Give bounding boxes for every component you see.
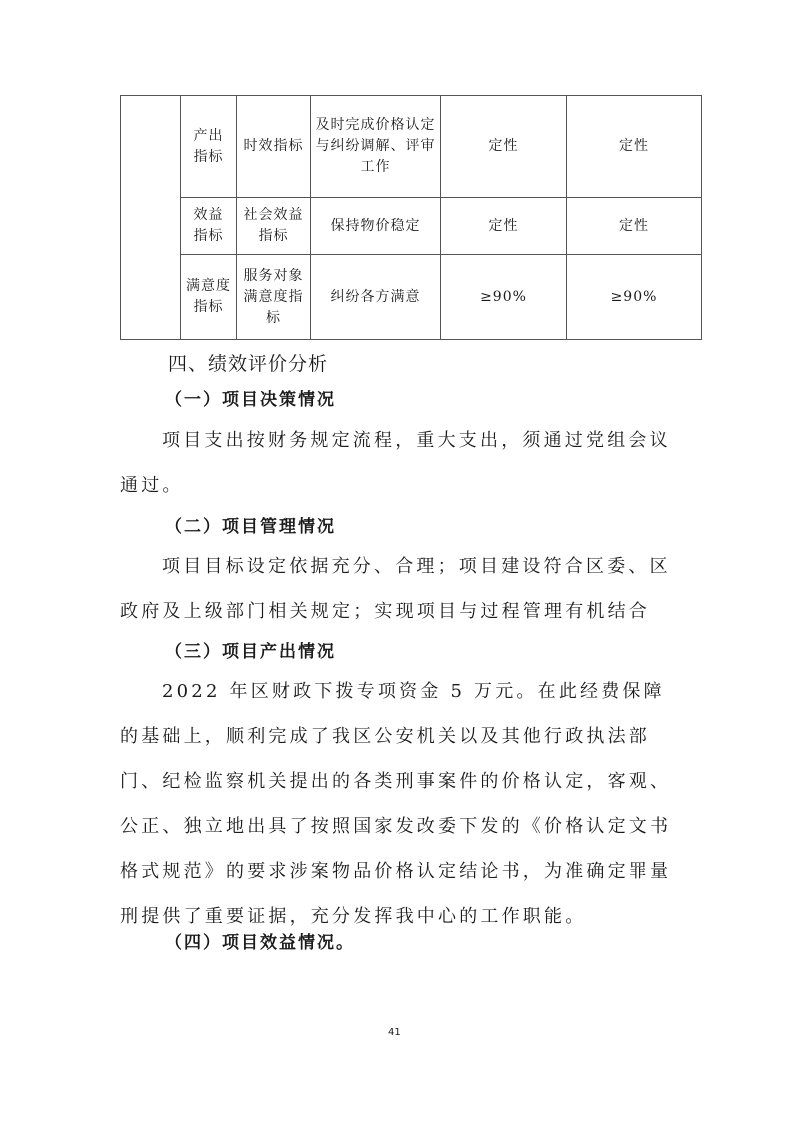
paragraph-text: 项目目标设定依据充分、合理；项目建设符合区委、区政府及上级部门相关规定；实现项目… [120, 544, 680, 634]
paragraph-management: 项目目标设定依据充分、合理；项目建设符合区委、区政府及上级部门相关规定；实现项目… [120, 544, 680, 634]
table-cell-actual: ≥90% [567, 255, 702, 340]
table-cell-blank [121, 96, 181, 340]
table-row: 产出 指标 时效指标 及时完成价格认定与纠纷调解、评审工作 定性 定性 [121, 96, 702, 198]
page-number: 41 [388, 1027, 401, 1038]
table-cell-level2: 时效指标 [237, 96, 311, 198]
table-cell-level2: 服务对象满意度指标 [237, 255, 311, 340]
table-cell-level2: 社会效益指标 [237, 198, 311, 255]
subsection-heading-management: （二）项目管理情况 [165, 512, 336, 537]
table-cell-actual: 定性 [567, 198, 702, 255]
table-cell-indicator: 保持物价稳定 [311, 198, 441, 255]
table-cell-indicator: 纠纷各方满意 [311, 255, 441, 340]
table-cell-level1: 效益 指标 [181, 198, 237, 255]
paragraph-text: 2022 年区财政下拨专项资金 5 万元。在此经费保障的基础上，顺利完成了我区公… [120, 669, 680, 939]
subsection-heading-decision: （一）项目决策情况 [165, 385, 336, 410]
table-cell-actual: 定性 [567, 96, 702, 198]
paragraph-decision: 项目支出按财务规定流程，重大支出，须通过党组会议通过。 [120, 418, 680, 508]
table-cell-level1: 满意度指标 [181, 255, 237, 340]
performance-indicator-table: 产出 指标 时效指标 及时完成价格认定与纠纷调解、评审工作 定性 定性 效益 指… [120, 95, 702, 340]
table-cell-level1: 产出 指标 [181, 96, 237, 198]
table-cell-target: ≥90% [441, 255, 567, 340]
subsection-heading-output: （三）项目产出情况 [165, 637, 336, 662]
table-row: 满意度指标 服务对象满意度指标 纠纷各方满意 ≥90% ≥90% [121, 255, 702, 340]
table-cell-target: 定性 [441, 96, 567, 198]
subsection-heading-benefit: （四）项目效益情况。 [165, 928, 355, 953]
table-row: 效益 指标 社会效益指标 保持物价稳定 定性 定性 [121, 198, 702, 255]
table-cell-target: 定性 [441, 198, 567, 255]
paragraph-text: 项目支出按财务规定流程，重大支出，须通过党组会议通过。 [120, 418, 680, 508]
table-cell-indicator: 及时完成价格认定与纠纷调解、评审工作 [311, 96, 441, 198]
section-title: 四、绩效评价分析 [168, 349, 328, 376]
paragraph-output: 2022 年区财政下拨专项资金 5 万元。在此经费保障的基础上，顺利完成了我区公… [120, 669, 680, 939]
